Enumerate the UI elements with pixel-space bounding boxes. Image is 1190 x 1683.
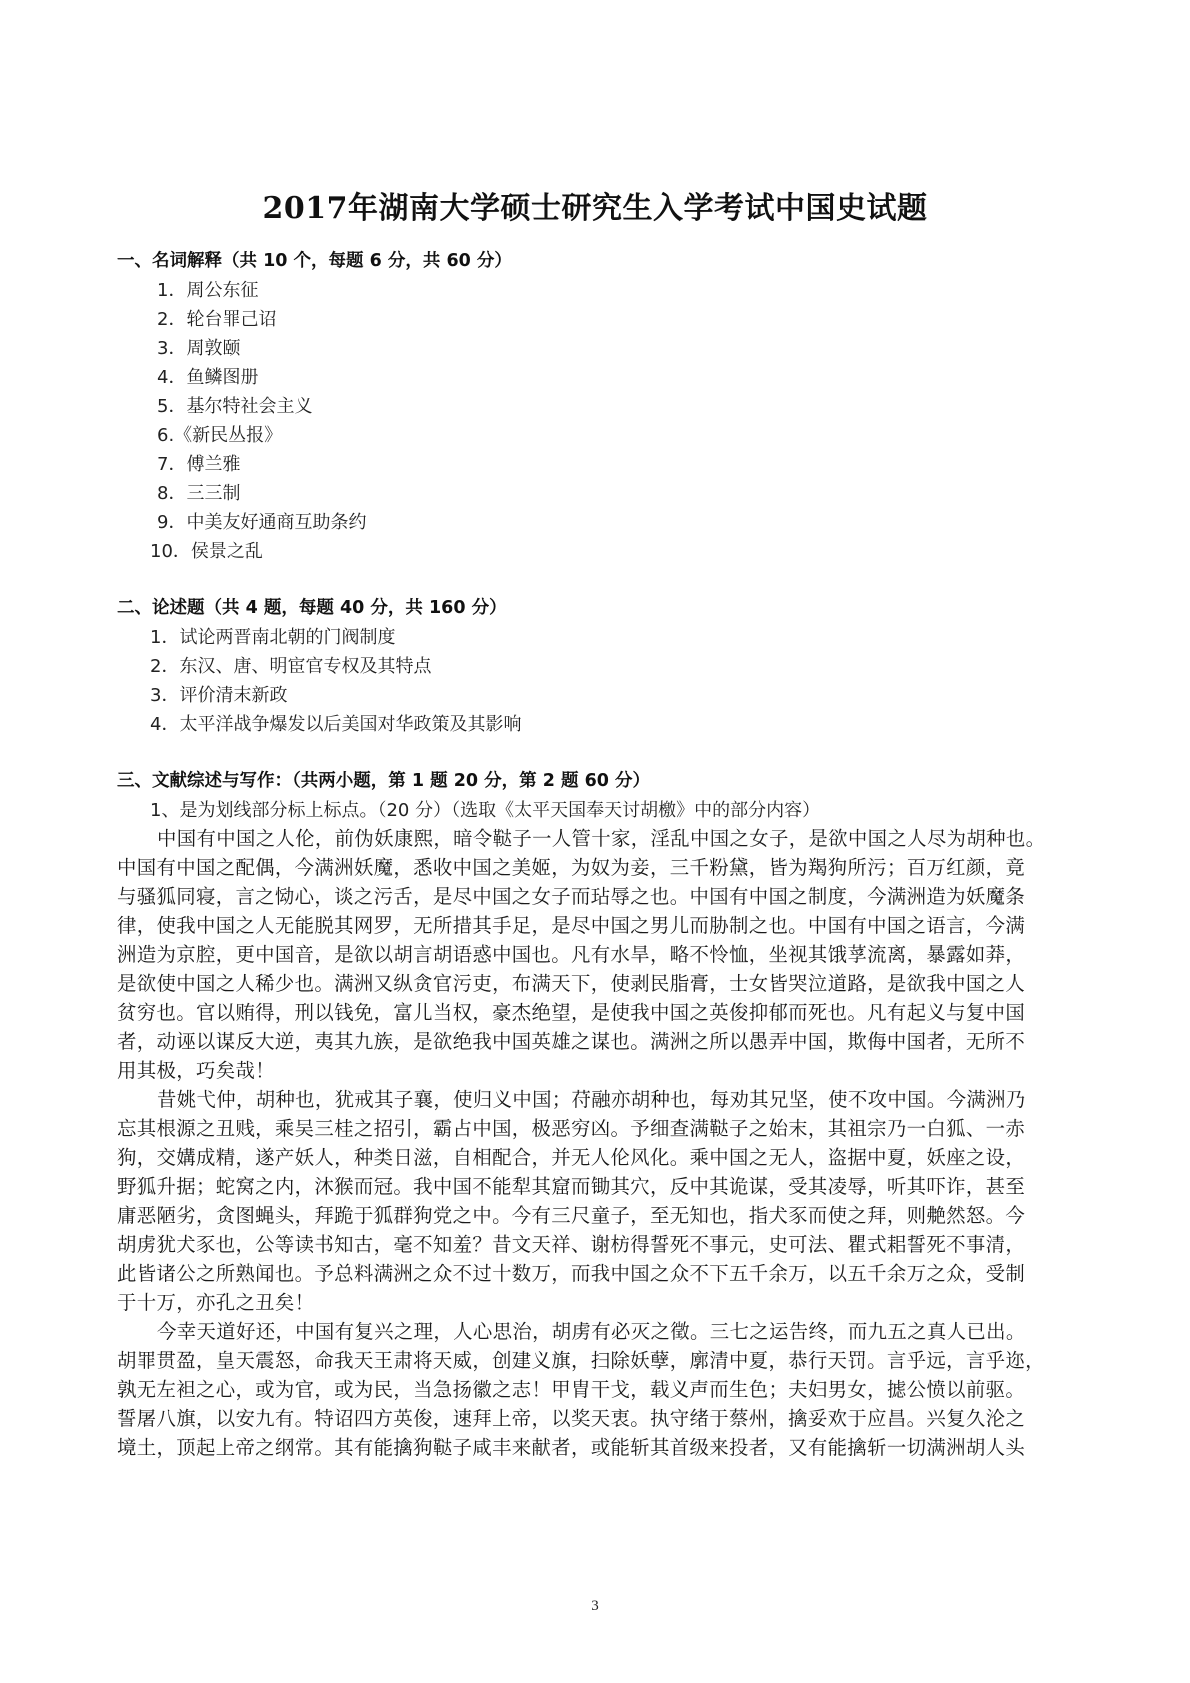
section-2-item: 2．东汉、唐、明宦官专权及其特点 <box>150 652 431 678</box>
passage-line: 者，动诬以谋反大逆，夷其九族，是欲绝我中国英雄之谋也。满洲之所以愚弄中国，欺侮中… <box>117 1026 1077 1054</box>
page-number: 3 <box>0 1598 1190 1615</box>
passage-line: 于十万，亦孔之丑矣！ <box>117 1287 1077 1315</box>
passage-line: 境土，顶起上帝之纲常。其有能擒狗鞑子咸丰来献者，或能斩其首级来投者，又有能擒斩一… <box>117 1432 1077 1460</box>
section-1-item: 5．基尔特社会主义 <box>157 392 312 418</box>
passage-line: 中国有中国之人伦，前伪妖康熙，暗令鞑子一人管十家，淫乱中国之女子，是欲中国之人尽… <box>157 823 1117 851</box>
passage-line: 庸恶陋劣，贪图蝇头，拜跪于狐群狗党之中。今有三尺童子，至无知也，指犬豕而使之拜，… <box>117 1200 1077 1228</box>
section-1-heading: 一、名词解释（共 10 个，每题 6 分，共 60 分） <box>117 247 512 272</box>
section-1-item: 4．鱼鳞图册 <box>157 363 258 389</box>
passage-line: 用其极，巧矣哉！ <box>117 1055 1077 1083</box>
passage-line: 誓屠八旗，以安九有。特诏四方英俊，速拜上帝，以奖天衷。执守绪于蔡州，擒妥欢于应昌… <box>117 1403 1077 1431</box>
passage-line: 野狐升据；蛇窝之内，沐猴而冠。我中国不能犁其窟而锄其穴，反中其诡谋，受其凌辱，听… <box>117 1171 1077 1199</box>
passage-line: 昔姚弋仲，胡种也，犹戒其子襄，使归义中国；苻融亦胡种也，每劝其兄坚，使不攻中国。… <box>157 1084 1117 1112</box>
section-3-heading: 三、文献综述与写作：（共两小题，第 1 题 20 分，第 2 题 60 分） <box>117 767 650 792</box>
section-1-item: 8．三三制 <box>157 479 240 505</box>
section-1-item: 2．轮台罪己诏 <box>157 305 276 331</box>
passage-line: 与骚狐同寝，言之恸心，谈之污舌，是尽中国之女子而玷辱之也。中国有中国之制度，今满… <box>117 881 1077 909</box>
passage-line: 胡虏犹犬豕也，公等读书知古，毫不知羞？昔文天祥、谢枋得誓死不事元，史可法、瞿式耜… <box>117 1229 1077 1257</box>
document-title: 2017年湖南大学硕士研究生入学考试中国史试题 <box>0 183 1190 227</box>
section-1-item: 6.《新民丛报》 <box>157 421 282 447</box>
passage-line: 胡罪贯盈，皇天震怒，命我天王肃将天威，创建义旗，扫除妖孽，廓清中夏，恭行天罚。言… <box>117 1345 1077 1373</box>
section-2-item: 4．太平洋战争爆发以后美国对华政策及其影响 <box>150 710 521 736</box>
passage-line: 律，使我中国之人无能脱其网罗，无所措其手足，是尽中国之男儿而胁制之也。中国有中国… <box>117 910 1077 938</box>
passage-line: 是欲使中国之人稀少也。满洲又纵贪官污吏，布满天下，使剥民脂膏，士女皆哭泣道路，是… <box>117 968 1077 996</box>
passage-line: 此皆诸公之所熟闻也。予总料满洲之众不过十数万，而我中国之众不下五千余万，以五千余… <box>117 1258 1077 1286</box>
section-2-heading: 二、论述题（共 4 题，每题 40 分，共 160 分） <box>117 594 507 619</box>
passage-line: 忘其根源之丑贱，乘吴三桂之招引，霸占中国，极恶穷凶。予细查满鞑子之始末，其祖宗乃… <box>117 1113 1077 1141</box>
document-page: 2017年湖南大学硕士研究生入学考试中国史试题 一、名词解释（共 10 个，每题… <box>0 0 1190 1683</box>
passage-line: 洲造为京腔，更中国音，是欲以胡言胡语惑中国也。凡有水旱，略不怜恤，坐视其饿莩流离… <box>117 939 1077 967</box>
section-1-item: 1．周公东征 <box>157 276 258 302</box>
passage-line: 今幸天道好还，中国有复兴之理，人心思治，胡虏有必灭之徵。三七之运告终，而九五之真… <box>157 1316 1117 1344</box>
section-3-question: 1、是为划线部分标上标点。（20 分）（选取《太平天国奉天讨胡檄》中的部分内容） <box>150 796 820 822</box>
passage-line: 狗，交媾成精，遂产妖人，种类日滋，自相配合，并无人伦风化。乘中国之无人，盗据中夏… <box>117 1142 1077 1170</box>
section-1-item: 7．傅兰雅 <box>157 450 240 476</box>
passage-line: 中国有中国之配偶，今满洲妖魔，悉收中国之美姬，为奴为妾，三千粉黛，皆为羯狗所污；… <box>117 852 1077 880</box>
section-2-item: 1．试论两晋南北朝的门阀制度 <box>150 623 395 649</box>
passage-line: 贫穷也。官以贿得，刑以钱免，富儿当权，豪杰绝望，是使我中国之英俊抑郁而死也。凡有… <box>117 997 1077 1025</box>
section-1-item: 10．侯景之乱 <box>150 537 263 563</box>
section-1-item: 9．中美友好通商互助条约 <box>157 508 366 534</box>
passage-line: 孰无左袒之心，或为官，或为民，当急扬徽之志！甲胄干戈，载义声而生色；夫妇男女，摅… <box>117 1374 1077 1402</box>
section-2-item: 3．评价清末新政 <box>150 681 287 707</box>
section-1-item: 3．周敦颐 <box>157 334 240 360</box>
